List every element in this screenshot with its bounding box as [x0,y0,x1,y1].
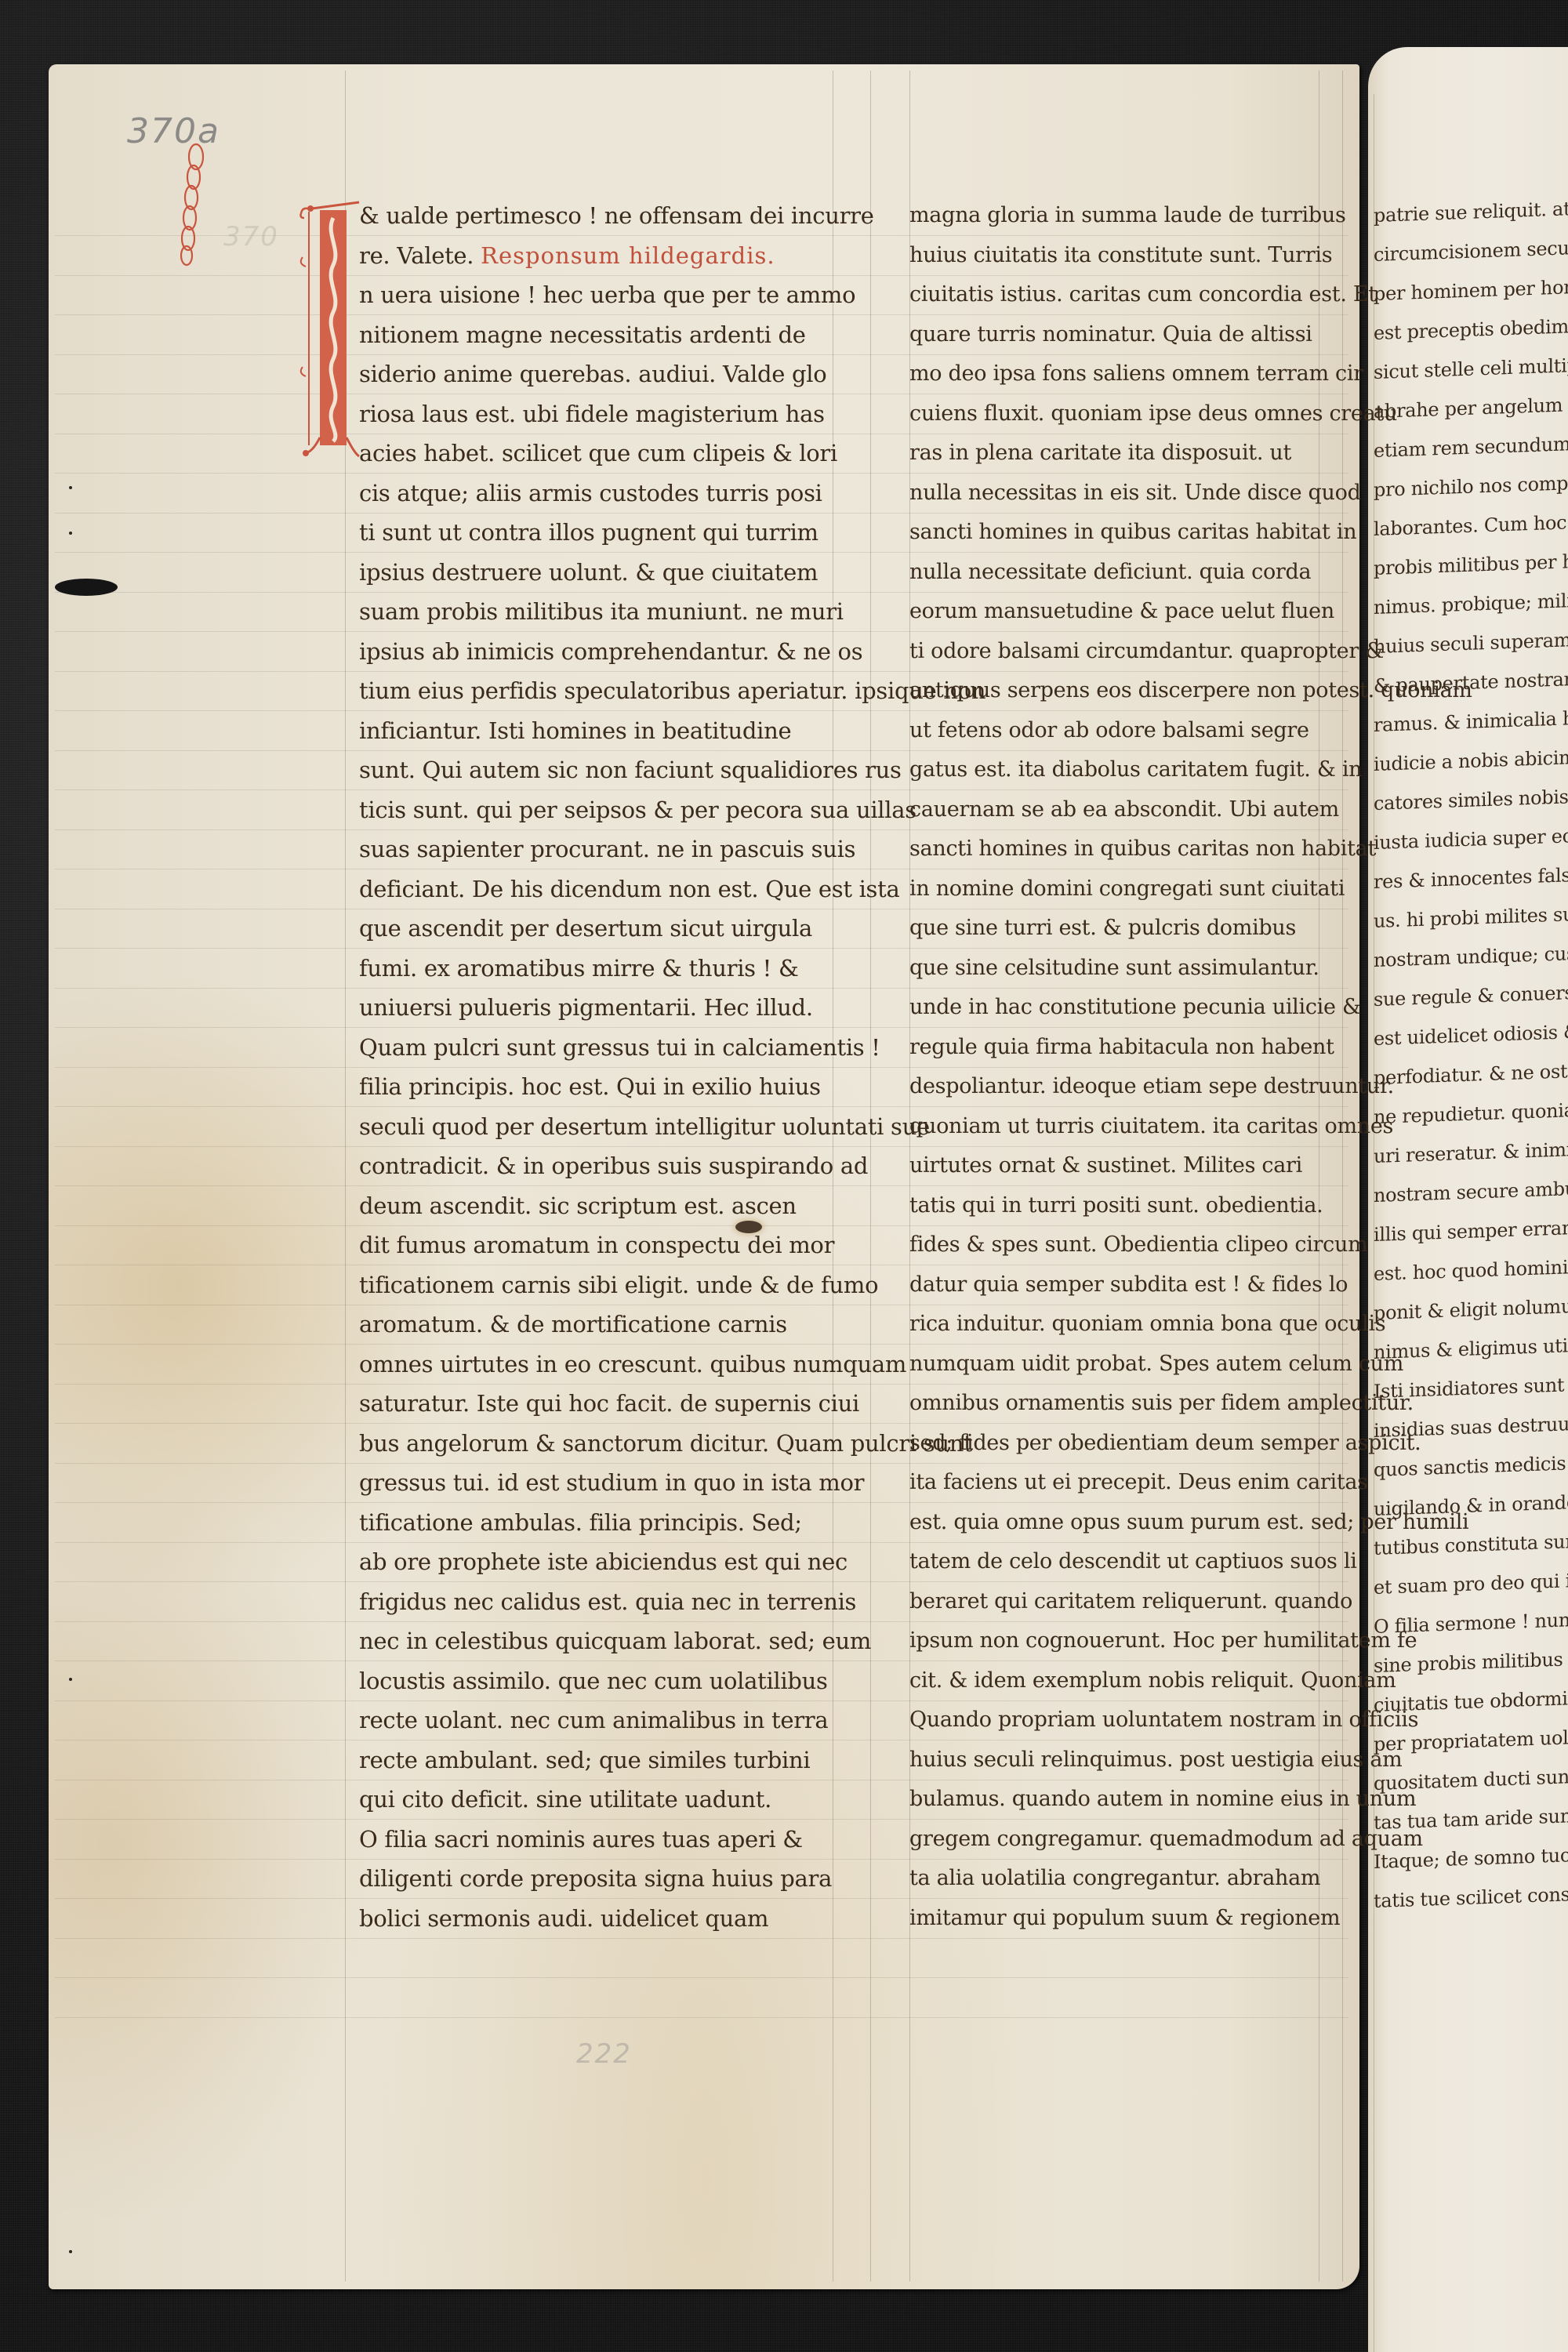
text-line: abrahe per angelum suum rep [1374,385,1568,431]
line-text: gregem congregamur. quemadmodum ad aquam [909,1827,1423,1851]
text-line: tatis qui in turri positi sunt. obedient… [909,1186,1325,1226]
line-text: perfodiatur. & ne ostium pac [1374,1058,1568,1089]
text-column-2: magna gloria in summa laude de turribush… [909,196,1325,1938]
text-line: est. quia omne opus suum purum est. sed;… [909,1503,1325,1543]
text-line: cauernam se ab ea abscondit. Ubi autem [909,790,1325,830]
text-line: ciuitatis istius. caritas cum concordia … [909,275,1325,315]
text-line: nimus & eligimus utiliora & [1374,1326,1568,1372]
text-line: uniuersi pulueris pigmentarii. Hec illud… [359,988,861,1028]
line-text: bulamus. quando autem in nomine eius in … [909,1787,1416,1811]
line-text: diligenti corde preposita signa huius pa… [359,1865,832,1892]
line-text: magna gloria in summa laude de turribus [909,203,1346,227]
text-column-1: & ualde pertimesco ! ne offensam dei inc… [359,196,861,1938]
text-line: recte ambulant. sed; que similes turbini [359,1740,861,1780]
text-line: tium eius perfidis speculatoribus aperia… [359,671,861,711]
text-line: magna gloria in summa laude de turribus [909,196,1325,236]
line-text: et suam pro deo qui ipsos crean [1374,1566,1568,1599]
line-text: huius seculi relinquimus. post uestigia … [909,1748,1402,1772]
line-text: cis atque; aliis armis custodes turris p… [359,480,822,506]
text-line: ita faciens ut ei precepit. Deus enim ca… [909,1463,1325,1503]
text-line: ta alia uolatilia congregantur. abraham [909,1859,1325,1899]
line-text: ticis sunt. qui per seipsos & per pecora… [359,797,916,823]
line-text: ramus. & inimicalia hom [1374,706,1568,736]
text-line: nostram secure ambulant. [1374,1169,1568,1215]
text-line: nec in celestibus quicquam laborat. sed;… [359,1621,861,1661]
text-line: acies habet. scilicet que cum clipeis & … [359,434,861,474]
text-line: recte uolant. nec cum animalibus in terr… [359,1700,861,1740]
line-text: ipsius destruere uolunt. & que ciuitatem [359,559,818,586]
line-text: ut fetens odor ab odore balsami segre [909,718,1309,742]
line-text: bolici sermonis audi. uidelicet quam [359,1905,768,1932]
text-line: dit fumus aromatum in conspectu dei mor [359,1225,861,1265]
line-text: Quam pulcri sunt gressus tui in calciame… [359,1034,880,1061]
line-text: est. hoc quod hominis ratio [1374,1254,1568,1285]
line-text: numquam uidit probat. Spes autem celum c… [909,1352,1403,1376]
text-line: ipsius destruere uolunt. & que ciuitatem [359,553,861,593]
line-text: quositatem ducti sunt. quod tu [1374,1762,1568,1795]
text-line: fumi. ex aromatibus mirre & thuris ! & [359,949,861,989]
text-line: O filia sacri nominis aures tuas aperi & [359,1820,861,1860]
text-line: nitionem magne necessitatis ardenti de [359,315,861,355]
line-text: ponit & eligit nolumus. q [1374,1294,1568,1324]
line-text: gressus tui. id est studium in quo in is… [359,1469,864,1496]
line-text: que sine celsitudine sunt assimulantur. [909,956,1319,980]
line-text: n uera uisione ! hec uerba que per te am… [359,281,855,308]
line-text: ita faciens ut ei precepit. Deus enim ca… [909,1470,1368,1494]
text-line: quositatem ducti sunt. quod tu [1374,1757,1568,1803]
text-line: Quam pulcri sunt gressus tui in calciame… [359,1028,861,1068]
text-line: beraret qui caritatem reliquerunt. quand… [909,1582,1325,1622]
text-line: us. hi probi milites sunt [1374,895,1568,941]
line-text: insidias suas destruunt. quia [1374,1410,1568,1442]
prick-mark [69,2250,72,2253]
text-line: eorum mansuetudine & pace uelut fluen [909,592,1325,632]
line-text: ipsius ab inimicis comprehendantur. & ne… [359,638,862,665]
line-text: siderio anime querebas. audiui. Valde gl… [359,361,826,387]
line-text: locustis assimilo. que nec cum uolatilib… [359,1668,828,1694]
text-line: etiam rem secundum incarnation [1374,424,1568,470]
line-text: in nomine domini congregati sunt ciuitat… [909,877,1345,901]
text-line: quare turris nominatur. Quia de altissi [909,315,1325,355]
line-text: cauernam se ab ea abscondit. Ubi autem [909,797,1339,822]
line-text: laborantes. Cum hoc faci [1374,510,1568,540]
text-line: est preceptis obedimus. in be [1374,307,1568,353]
text-line: huius ciuitatis ita constitute sunt. Tur… [909,236,1325,276]
line-text: huius ciuitatis ita constitute sunt. Tur… [909,243,1332,267]
line-text: deficiant. De his dicendum non est. Que … [359,876,900,902]
text-line: nulla necessitate deficiunt. quia corda [909,553,1325,593]
text-line: nostram undique; custodiunt [1374,934,1568,980]
text-line: et suam pro deo qui ipsos crean [1374,1561,1568,1607]
text-line: mo deo ipsa fons saliens omnem terram ci… [909,354,1325,394]
line-text: despoliantur. ideoque etiam sepe destruu… [909,1074,1394,1098]
line-text: per hominem per hominem qu [1374,273,1568,305]
line-text: & ualde pertimesco ! ne offensam dei inc… [359,202,874,229]
text-line: omnibus ornamentis suis per fidem amplec… [909,1384,1325,1424]
line-text: acies habet. scilicet que cum clipeis & … [359,440,837,466]
text-line: que sine turri est. & pulcris domibus [909,909,1325,949]
line-text: Quando propriam uoluntatem nostram in of… [909,1708,1418,1732]
text-line: ramus. & inimicalia hom [1374,699,1568,745]
text-line: ipsum non cognouerunt. Hoc per humilitat… [909,1621,1325,1661]
folio-number-faint: 370 [223,221,279,252]
line-text: circumcisionem secundum preceptum d [1374,230,1568,266]
text-line: O filia sermone ! nunc audi [1374,1600,1568,1646]
text-line: siderio anime querebas. audiui. Valde gl… [359,354,861,394]
text-line: probis militibus per humilita [1374,542,1568,588]
text-line: Isti insidiatores sunt qui ciui [1374,1365,1568,1411]
line-text: ciuitatis istius. caritas cum concordia … [909,282,1377,307]
text-line: uirtutes ornat & sustinet. Milites cari [909,1146,1325,1186]
line-text: huius seculi superamus. & furo [1374,626,1568,658]
line-text: quos sanctis medicis nostris in re [1374,1448,1568,1481]
text-line: tatis tue scilicet consuetud [1374,1875,1568,1921]
prick-mark [69,1678,72,1681]
line-text: illis qui semper erranti [1374,1217,1568,1246]
line-text: uniuersi pulueris pigmentarii. Hec illud… [359,994,813,1021]
text-line: nimus. probique; milites sum [1374,581,1568,627]
page-edge-notch [55,579,118,596]
line-text: ti odore balsami circumdantur. quapropte… [909,639,1384,663]
text-line: sancti homines in quibus caritas habitat… [909,513,1325,553]
line-text: pro nichilo nos computantes. [1374,470,1568,501]
line-text: re. Valete. [359,242,474,269]
folio-number-bottom: 222 [576,2038,632,2070]
line-text: recte uolant. nec cum animalibus in terr… [359,1707,828,1733]
chain-ornament-icon [179,143,207,268]
parchment-hole [735,1221,762,1233]
line-text: Isti insidiatores sunt qui ciui [1374,1371,1568,1403]
line-text: cuiens fluxit. quoniam ipse deus omnes c… [909,401,1397,426]
text-line: Quando propriam uoluntatem nostram in of… [909,1700,1325,1740]
line-text: que sine turri est. & pulcris domibus [909,916,1296,940]
text-line: cuiens fluxit. quoniam ipse deus omnes c… [909,394,1325,434]
line-text: que ascendit per desertum sicut uirgula [359,915,812,942]
line-text: sancti homines in quibus caritas habitat… [909,520,1356,544]
line-text: ta alia uolatilia congregantur. abraham [909,1866,1320,1890]
line-text: sicut stelle celi multiplicamur [1374,352,1568,383]
line-text: est uidelicet odiosis & inuid [1374,1018,1568,1050]
text-line: insidias suas destruunt. quia [1374,1404,1568,1450]
line-text: filia principis. hoc est. Qui in exilio … [359,1073,821,1100]
line-text: sancti homines in quibus caritas non hab… [909,837,1376,861]
decorated-initial-I-icon [296,194,361,461]
text-line: tificatione ambulas. filia principis. Se… [359,1503,861,1543]
line-text: aromatum. & de mortificatione carnis [359,1311,787,1338]
line-text: uri reseratur. & inimici nec [1374,1137,1568,1167]
line-text: fumi. ex aromatibus mirre & thuris ! & [359,955,798,982]
text-line: imitamur qui populum suum & regionem [909,1899,1325,1939]
line-text: catores similes nobis non sp [1374,783,1568,815]
ruling-col1-right-b [870,71,871,2281]
text-line: que sine celsitudine sunt assimulantur. [909,949,1325,989]
line-text: us. hi probi milites sunt [1374,902,1568,932]
text-line: nulla necessitas in eis sit. Unde disce … [909,474,1325,514]
line-text: nulla necessitate deficiunt. quia corda [909,560,1311,584]
text-line: quos sanctis medicis nostris in re [1374,1443,1568,1490]
text-line: numquam uidit probat. Spes autem celum c… [909,1345,1325,1385]
text-line: per propriatatem uoluntat [1374,1718,1568,1764]
text-line: ut fetens odor ab odore balsami segre [909,711,1325,751]
text-line: per hominem per hominem qu [1374,267,1568,314]
text-line: ipsius ab inimicis comprehendantur. & ne… [359,632,861,672]
line-text: dit fumus aromatum in conspectu dei mor [359,1232,834,1258]
text-line: unde in hac constitutione pecunia uilici… [909,988,1325,1028]
line-text: uirtutes ornat & sustinet. Milites cari [909,1153,1302,1178]
line-text: tas tua tam aride sunt quod u [1374,1802,1568,1834]
line-text: nostram undique; custodiunt [1374,940,1568,971]
line-text: abrahe per angelum suum rep [1374,390,1568,423]
text-line: re. Valete. Responsum hildegardis. [359,236,861,276]
line-text: tutibus constituta sunt. repudian [1374,1526,1568,1559]
text-line: inficiantur. Isti homines in beatitudine [359,711,861,751]
text-line: gatus est. ita diabolus caritatem fugit.… [909,750,1325,790]
line-text: nec in celestibus quicquam laborat. sed;… [359,1628,871,1654]
text-line: laborantes. Cum hoc faci [1374,503,1568,549]
line-text: eorum mansuetudine & pace uelut fluen [909,599,1334,623]
line-text: tificatione ambulas. filia principis. Se… [359,1509,802,1536]
text-line: contradicit. & in operibus suis suspiran… [359,1146,861,1186]
line-text: inficiantur. Isti homines in beatitudine [359,717,791,744]
line-text: gatus est. ita diabolus caritatem fugit.… [909,757,1362,782]
line-text: suam probis militibus ita muniunt. ne mu… [359,598,844,625]
text-line: riosa laus est. ubi fidele magisterium h… [359,394,861,434]
text-line: pro nichilo nos computantes. [1374,463,1568,510]
text-line: iusta iudicia super eos uid [1374,816,1568,862]
text-line: n uera uisione ! hec uerba que per te am… [359,275,861,315]
text-line: bus angelorum & sanctorum dicitur. Quam … [359,1424,861,1464]
text-line: ticis sunt. qui per seipsos & per pecora… [359,790,861,830]
text-line: ab ore prophete iste abiciendus est qui … [359,1542,861,1582]
text-line: huius seculi superamus. & furo [1374,620,1568,666]
text-line: aromatum. & de mortificatione carnis [359,1305,861,1345]
text-line: deficiant. De his dicendum non est. Que … [359,869,861,909]
text-line: ti odore balsami circumdantur. quapropte… [909,632,1325,672]
text-line: & paupertate nostram per te a [1374,659,1568,706]
line-text: qui cito deficit. sine utilitate uadunt. [359,1786,771,1813]
line-text: frigidus nec calidus est. quia nec in te… [359,1588,856,1615]
text-line: frigidus nec calidus est. quia nec in te… [359,1582,861,1622]
line-text: uigilando & in orando su [1374,1490,1568,1520]
line-text: riosa laus est. ubi fidele magisterium h… [359,401,825,427]
line-text: imitamur qui populum suum & regionem [909,1906,1340,1930]
text-line: saturatur. Iste qui hoc facit. de supern… [359,1384,861,1424]
text-line: suam probis militibus ita muniunt. ne mu… [359,592,861,632]
text-line: sine probis militibus uacua [1374,1639,1568,1686]
line-text: unde in hac constitutione pecunia uilici… [909,995,1361,1019]
text-line: patrie sue reliquit. atque; [1374,189,1568,235]
line-text: ciuitatis tue obdormierunt. [1374,1686,1568,1716]
text-line: in nomine domini congregati sunt ciuitat… [909,869,1325,909]
text-line: omnes uirtutes in eo crescunt. quibus nu… [359,1345,861,1385]
line-text: seculi quod per desertum intelligitur uo… [359,1113,930,1140]
text-line: iudicie a nobis abicimus. [1374,738,1568,784]
text-line: deum ascendit. sic scriptum est. ascen [359,1186,861,1226]
line-text: nulla necessitas in eis sit. Unde disce … [909,481,1361,505]
line-text: iusta iudicia super eos uid [1374,823,1568,854]
line-text: sine probis militibus uacua [1374,1646,1568,1677]
line-text: probis militibus per humilita [1374,548,1568,579]
line-text: etiam rem secundum incarnation [1374,429,1568,462]
line-text: datur quia semper subdita est ! & fides … [909,1272,1348,1297]
text-line: sunt. Qui autem sic non faciunt squalidi… [359,750,861,790]
line-text: quare turris nominatur. Quia de altissi [909,322,1312,347]
line-text: regule quia firma habitacula non habent [909,1035,1334,1059]
line-text: nitionem magne necessitatis ardenti de [359,321,806,348]
ruling-line [55,1977,1348,1978]
line-text: tatem de celo descendit ut captiuos suos… [909,1549,1357,1573]
line-text: deum ascendit. sic scriptum est. ascen [359,1192,797,1219]
line-text: tium eius perfidis speculatoribus aperia… [359,677,985,704]
line-text: saturatur. Iste qui hoc facit. de supern… [359,1390,859,1417]
text-line: diligenti corde preposita signa huius pa… [359,1859,861,1899]
line-text: mo deo ipsa fons saliens omnem terram ci… [909,361,1363,386]
text-line: sue regule & conuersation [1374,973,1568,1019]
line-text: per propriatatem uoluntat [1374,1725,1568,1755]
line-text: tatis qui in turri positi sunt. obedient… [909,1193,1323,1218]
text-line: locustis assimilo. que nec cum uolatilib… [359,1661,861,1701]
line-text: sed; fides per obedientiam deum semper a… [909,1431,1421,1455]
line-text: recte ambulant. sed; que similes turbini [359,1747,810,1773]
line-text: nimus. probique; milites sum [1374,587,1568,619]
line-text: tatis tue scilicet consuetud [1374,1882,1568,1912]
line-text: beraret qui caritatem reliquerunt. quand… [909,1589,1352,1613]
line-text: & paupertate nostram per te a [1374,665,1568,697]
text-line: filia principis. hoc est. Qui in exilio … [359,1067,861,1107]
text-line: circumcisionem secundum preceptum d [1374,228,1568,274]
text-line: bulamus. quando autem in nomine eius in … [909,1780,1325,1820]
line-text: O filia sacri nominis aures tuas aperi & [359,1826,803,1853]
text-line: catores similes nobis non sp [1374,777,1568,823]
text-line: illis qui semper erranti [1374,1208,1568,1254]
text-line: tatem de celo descendit ut captiuos suos… [909,1542,1325,1582]
text-line: datur quia semper subdita est ! & fides … [909,1265,1325,1305]
line-text: iudicie a nobis abicimus. [1374,746,1568,775]
line-text: ab ore prophete iste abiciendus est qui … [359,1548,848,1575]
text-line: tificationem carnis sibi eligit. unde & … [359,1265,861,1305]
line-text: O filia sermone ! nunc audi [1374,1607,1568,1638]
line-text: patrie sue reliquit. atque; [1374,196,1568,227]
line-text: nostram secure ambulant. [1374,1176,1568,1207]
text-line: & ualde pertimesco ! ne offensam dei inc… [359,196,861,236]
line-text: ne repudietur. quoniam si hoc fi [1374,1096,1568,1128]
line-text: cit. & idem exemplum nobis reliquit. Quo… [909,1668,1396,1693]
line-text: ti sunt ut contra illos pugnent qui turr… [359,519,818,546]
text-line: gressus tui. id est studium in quo in is… [359,1463,861,1503]
line-text: fides & spes sunt. Obedientia clipeo cir… [909,1232,1367,1257]
text-line: ponit & eligit nolumus. q [1374,1287,1568,1333]
text-line: quoniam ut turris ciuitatem. ita caritas… [909,1107,1325,1147]
text-line: sed; fides per obedientiam deum semper a… [909,1424,1325,1464]
text-line: perfodiatur. & ne ostium pac [1374,1051,1568,1098]
line-text: Itaque; de somno tuo surge [1374,1842,1568,1873]
line-text: sunt. Qui autem sic non faciunt squalidi… [359,757,902,783]
text-line: ti sunt ut contra illos pugnent qui turr… [359,513,861,553]
text-line: fides & spes sunt. Obedientia clipeo cir… [909,1225,1325,1265]
line-text: res & innocentes falsum test [1374,862,1568,893]
text-line: est. hoc quod hominis ratio [1374,1247,1568,1294]
prick-mark [69,532,72,535]
text-line: ras in plena caritate ita disposuit. ut [909,434,1325,474]
text-line: tutibus constituta sunt. repudian [1374,1522,1568,1568]
text-line: regule quia firma habitacula non habent [909,1028,1325,1068]
line-text: omnibus ornamentis suis per fidem amplec… [909,1391,1414,1415]
text-line: ne repudietur. quoniam si hoc fi [1374,1091,1568,1137]
text-line: despoliantur. ideoque etiam sepe destruu… [909,1067,1325,1107]
text-line: huius seculi relinquimus. post uestigia … [909,1740,1325,1780]
line-text: bus angelorum & sanctorum dicitur. Quam … [359,1430,972,1457]
line-text: rica induitur. quoniam omnia bona que oc… [909,1312,1385,1336]
line-text: est preceptis obedimus. in be [1374,313,1568,344]
line-text: contradicit. & in operibus suis suspiran… [359,1152,868,1179]
line-text: ipsum non cognouerunt. Hoc per humilitat… [909,1628,1417,1653]
line-text: quoniam ut turris ciuitatem. ita caritas… [909,1114,1393,1138]
text-column-right-page: patrie sue reliquit. atque;circumcisione… [1374,189,1568,1921]
text-line: sancti homines in quibus caritas non hab… [909,829,1325,869]
text-line: res & innocentes falsum test [1374,855,1568,902]
text-line: gregem congregamur. quemadmodum ad aquam [909,1820,1325,1860]
line-text: omnes uirtutes in eo crescunt. quibus nu… [359,1351,906,1377]
text-line: seculi quod per desertum intelligitur uo… [359,1107,861,1147]
text-line: que ascendit per desertum sicut uirgula [359,909,861,949]
rubric-heading: Responsum hildegardis. [481,242,775,269]
text-line: rica induitur. quoniam omnia bona que oc… [909,1305,1325,1345]
text-line: cis atque; aliis armis custodes turris p… [359,474,861,514]
text-line: antiquus serpens eos discerpere non pote… [909,671,1325,711]
text-line: Itaque; de somno tuo surge [1374,1835,1568,1882]
text-line: uri reseratur. & inimici nec [1374,1130,1568,1176]
line-text: sue regule & conuersation [1374,980,1568,1011]
text-line: est uidelicet odiosis & inuid [1374,1012,1568,1058]
line-text: suas sapienter procurant. ne in pascuis … [359,836,855,862]
line-text: ras in plena caritate ita disposuit. ut [909,441,1291,465]
text-line: qui cito deficit. sine utilitate uadunt. [359,1780,861,1820]
line-text: nimus & eligimus utiliora & [1374,1332,1568,1363]
prick-mark [69,486,72,489]
text-line: bolici sermonis audi. uidelicet quam [359,1899,861,1939]
text-line: cit. & idem exemplum nobis reliquit. Quo… [909,1661,1325,1701]
text-line: ciuitatis tue obdormierunt. [1374,1679,1568,1725]
ruling-line [55,2017,1348,2018]
text-line: uigilando & in orando su [1374,1483,1568,1529]
text-line: tas tua tam aride sunt quod u [1374,1796,1568,1842]
text-line: sicut stelle celi multiplicamur [1374,346,1568,392]
text-line: suas sapienter procurant. ne in pascuis … [359,829,861,869]
line-text: tificationem carnis sibi eligit. unde & … [359,1272,878,1298]
